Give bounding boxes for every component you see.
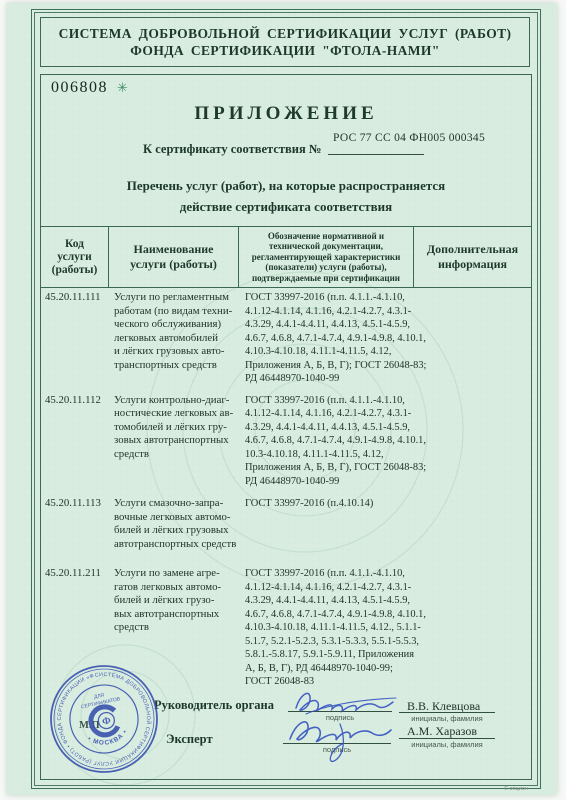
service-code: 45.20.11.113 bbox=[41, 497, 109, 511]
service-name: Услуги по замене агре- гатов легковых ав… bbox=[109, 567, 242, 635]
table-row: 45.20.11.112 Услуги контрольно-диаг- нос… bbox=[41, 394, 531, 489]
snowflake-asterisk-icon: ✳ bbox=[117, 81, 128, 96]
name-line-expert bbox=[399, 738, 495, 739]
column-header-name: Наименование услуги (работы) bbox=[109, 227, 239, 287]
service-docs: ГОСТ 33997-2016 (п.п. 4.1.1.-4.1.10, 4.1… bbox=[242, 291, 445, 386]
service-name: Услуги контрольно-диаг- ностические легк… bbox=[109, 394, 242, 462]
service-docs: ГОСТ 33997-2016 (п.п. 4.1.1.-4.1.10, 4.1… bbox=[242, 567, 445, 689]
signature-caption: подпись bbox=[283, 745, 391, 754]
certification-system-banner: СИСТЕМА ДОБРОВОЛЬНОЙ СЕРТИФИКАЦИИ УСЛУГ … bbox=[40, 17, 530, 67]
round-stamp: СИСТЕМА ДОБРОВОЛЬНОЙ СЕРТИФИКАЦИИ УСЛУГ … bbox=[35, 650, 173, 788]
column-header-info: Дополнительная информация bbox=[414, 227, 531, 287]
service-docs: ГОСТ 33997-2016 (п.4.10.14) bbox=[242, 497, 445, 511]
certificate-appendix-page: СИСТЕМА ДОБРОВОЛЬНОЙ СЕРТИФИКАЦИИ УСЛУГ … bbox=[0, 0, 566, 800]
service-name: Услуги по регламентным работам (по видам… bbox=[109, 291, 242, 372]
certificate-number-underline bbox=[328, 154, 424, 155]
certificate-label: К сертификату соответствия № bbox=[143, 142, 321, 157]
signer-name-expert: А.М. Харазов bbox=[407, 724, 477, 739]
initials-caption: инициалы, фамилия bbox=[393, 740, 501, 749]
table-header-row: Код услуги (работы) Наименование услуги … bbox=[41, 226, 531, 288]
signature-caption: подпись bbox=[288, 713, 392, 722]
service-code: 45.20.11.112 bbox=[41, 394, 109, 408]
column-header-code: Код услуги (работы) bbox=[41, 227, 109, 287]
service-code: 45.20.11.111 bbox=[41, 291, 109, 305]
form-number-value: 006808 bbox=[51, 79, 108, 96]
service-docs: ГОСТ 33997-2016 (п.п. 4.1.1.-4.1.10, 4.1… bbox=[242, 394, 445, 489]
table-row: 45.20.11.113 Услуги смазочно-запра- вочн… bbox=[41, 497, 531, 551]
subtitle-line-1: Перечень услуг (работ), на которые распр… bbox=[41, 178, 531, 194]
initials-caption: инициалы, фамилия bbox=[393, 714, 501, 723]
signature-line-head bbox=[288, 711, 392, 712]
table-body: 45.20.11.111 Услуги по регламентным рабо… bbox=[41, 291, 531, 689]
signer-role-head: Руководитель органа bbox=[154, 698, 274, 713]
service-name: Услуги смазочно-запра- вочные легковых а… bbox=[109, 497, 242, 551]
subtitle-line-2: действие сертификата соответствия bbox=[41, 199, 531, 215]
banner-line-1: СИСТЕМА ДОБРОВОЛЬНОЙ СЕРТИФИКАЦИИ УСЛУГ … bbox=[59, 26, 512, 42]
form-number: 006808✳ bbox=[51, 79, 128, 97]
print-credit: © опцион bbox=[504, 786, 528, 792]
certificate-number: РОС 77 СС 04 ФН005 000345 bbox=[333, 132, 485, 144]
banner-line-2: ФОНДА СЕРТИФИКАЦИИ "ФТОЛА-НАМИ" bbox=[130, 43, 439, 59]
signature-line-expert bbox=[283, 743, 391, 744]
service-code: 45.20.11.211 bbox=[41, 567, 109, 581]
table-row: 45.20.11.111 Услуги по регламентным рабо… bbox=[41, 291, 531, 386]
signer-role-expert: Эксперт bbox=[166, 732, 213, 747]
name-line-head bbox=[399, 712, 495, 713]
column-header-docs: Обозначение нормативной и технической до… bbox=[239, 227, 414, 287]
page-title: ПРИЛОЖЕНИЕ bbox=[41, 103, 531, 125]
